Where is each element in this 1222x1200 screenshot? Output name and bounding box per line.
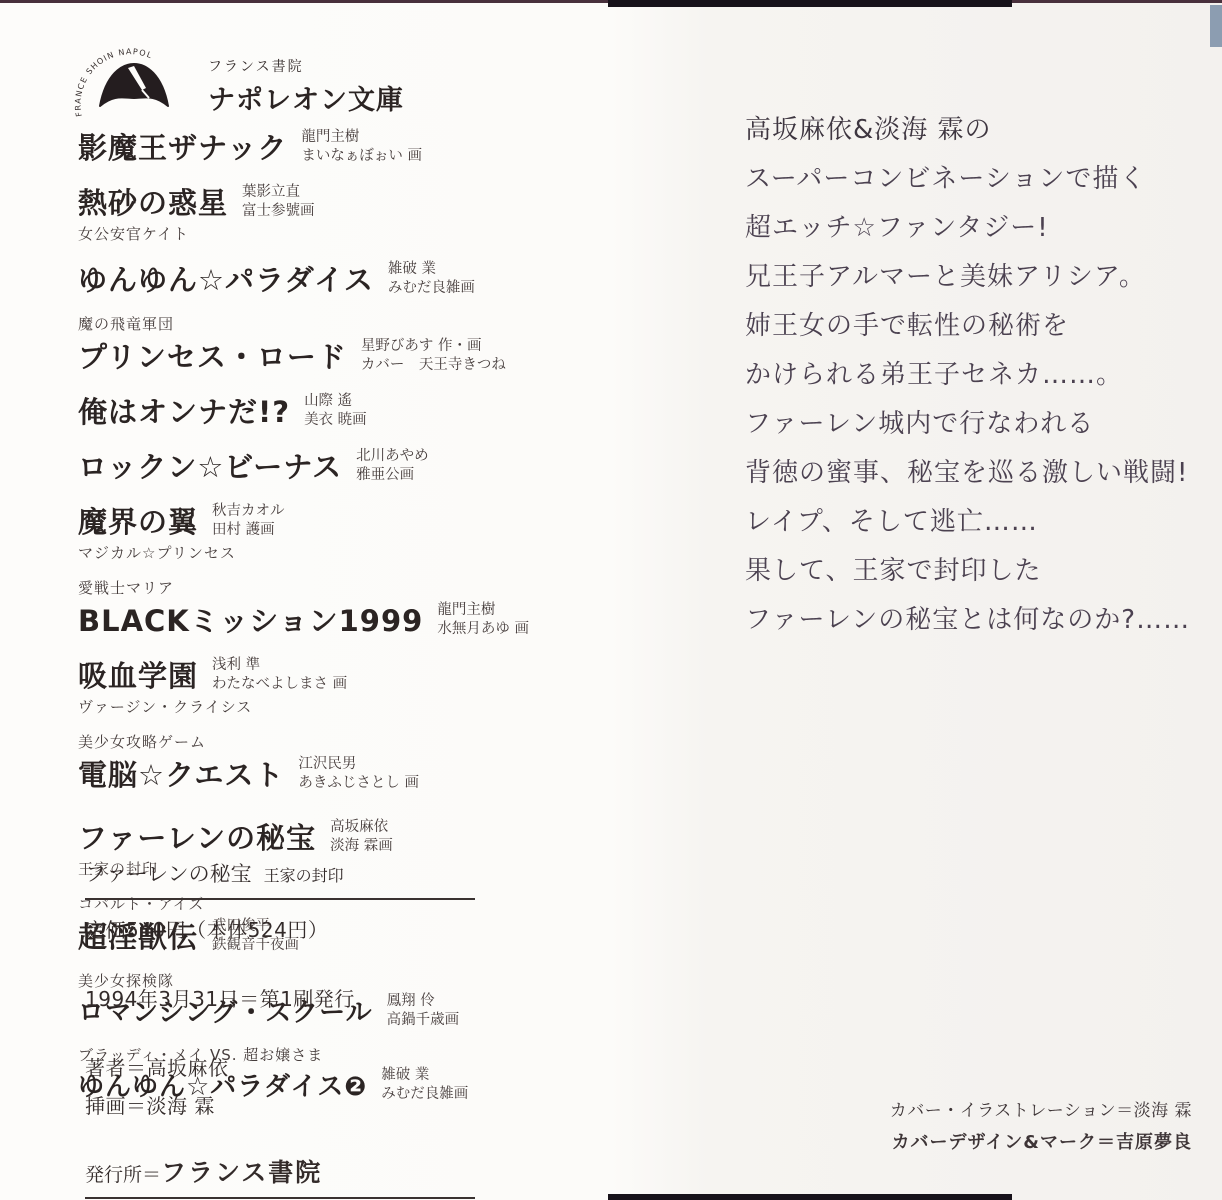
blurb-line: 兄王子アルマーと美妹アリシア。 [745, 253, 1205, 302]
book-illustrator: 田村 護画 [212, 521, 285, 540]
book-illustrator: わたなべよしまさ 画 [212, 675, 347, 694]
publisher-name: フランス書院 [208, 56, 404, 76]
book-entry: 影魔王ザナック 龍門主樹まいなぁぼぉい 画 [78, 126, 528, 167]
book-entry: 美少女攻略ゲーム 電脳☆クエスト 江沢民男あきふじさとし 画 [78, 731, 528, 794]
book-illustrator: カバー 天王寺きつね [361, 356, 506, 375]
book-entry: 魔の飛竜軍団 プリンセス・ロード 星野びあす 作・画カバー 天王寺きつね [78, 313, 528, 376]
blurb-line: レイプ、そして逃亡…… [745, 498, 1205, 547]
book-title: 電脳☆クエスト [78, 753, 284, 794]
book-illustrator: 美衣 暁画 [304, 411, 367, 430]
book-entry: 愛戦士マリア BLACKミッション1999 龍門主樹水無月あゆ 画 [78, 577, 528, 640]
colophon-divider [85, 898, 475, 900]
imprint-name: ナポレオン文庫 [208, 78, 404, 117]
publisher-value: フランス書院 [161, 1153, 322, 1189]
book-title: ロックン☆ビーナス [78, 445, 342, 486]
book-illustrator: まいなぁぼぉい 画 [301, 147, 422, 166]
book-subtitle: マジカル☆プリンセス [78, 542, 528, 563]
book-title: ゆんゆん☆パラダイス [78, 258, 374, 299]
blurb-line: 超エッチ☆ファンタジー! [745, 204, 1205, 253]
blurb-line: ファーレン城内で行なわれる [745, 400, 1205, 449]
scan-top-black-bar [608, 0, 1012, 7]
book-subtitle: 女公安官ケイト [78, 223, 528, 244]
book-entry: 吸血学園 浅利 準わたなべよしまさ 画 ヴァージン・クライシス [78, 654, 528, 717]
book-author: 浅利 準 [212, 656, 347, 675]
blurb-line: 果して、王家で封印した [745, 547, 1205, 596]
book-author: 雑破 業 [388, 260, 475, 279]
book-author: 山際 遙 [304, 392, 367, 411]
book-author: 葉影立直 [242, 183, 315, 202]
cover-design-credit: カバーデザイン&マーク＝吉原夢良 [890, 1128, 1192, 1154]
book-illustrator: 淡海 霖画 [330, 837, 393, 856]
book-illustrator: みむだ良雑画 [388, 279, 475, 298]
colophon-book-subtitle: 王家の封印 [264, 863, 344, 886]
book-author: 江沢民男 [298, 755, 419, 774]
book-series-label: 愛戦士マリア [78, 577, 528, 598]
colophon-bottom-divider [85, 1197, 475, 1199]
book-entry: ロックン☆ビーナス 北川あやめ雅亜公画 [78, 445, 528, 486]
book-illustrator: あきふじさとし 画 [298, 774, 419, 793]
book-title: 俺はオンナだ!? [78, 390, 290, 431]
scanned-book-page: FRANCE SHOIN NAPOLEON BUNKO フランス書院 ナポレオン… [0, 0, 1222, 1200]
cover-illustration-credit: カバー・イラストレーション＝淡海 霖 [890, 1096, 1192, 1121]
book-series-label: 美少女攻略ゲーム [78, 731, 528, 752]
book-title: 魔界の翼 [78, 500, 198, 541]
story-blurb: 高坂麻依&淡海 霖の スーパーコンビネーションで描く 超エッチ☆ファンタジー! … [745, 106, 1205, 645]
blurb-line: 姉王女の手で転性の秘術を [745, 302, 1205, 351]
book-entry: 魔界の翼 秋吉カオル田村 護画 マジカル☆プリンセス [78, 500, 528, 563]
book-author: 高坂麻依 [330, 818, 393, 837]
book-illustrator: 富士参號画 [242, 202, 315, 221]
book-title: プリンセス・ロード [78, 335, 347, 376]
colophon-book-title: ファーレンの秘宝 [85, 858, 252, 888]
book-illustrator: 雅亜公画 [356, 466, 429, 485]
book-entry: 俺はオンナだ!? 山際 遙美衣 暁画 [78, 390, 528, 431]
publisher-logo: FRANCE SHOIN NAPOLEON BUNKO フランス書院 ナポレオン… [70, 48, 404, 124]
publisher-logo-text: フランス書院 ナポレオン文庫 [208, 56, 404, 117]
blurb-line: 背徳の蜜事、秘宝を巡る激しい戦闘! [745, 449, 1205, 498]
book-author: 星野びあす 作・画 [361, 337, 506, 356]
book-author: 秋吉カオル [212, 502, 285, 521]
scan-bottom-black-bar [608, 1194, 1012, 1200]
blurb-line: スーパーコンビネーションで描く [745, 155, 1205, 204]
napoleon-hat-icon: FRANCE SHOIN NAPOLEON BUNKO [70, 48, 198, 124]
book-title: ファーレンの秘宝 [78, 816, 316, 857]
book-series-label: 魔の飛竜軍団 [78, 313, 528, 334]
book-author: 龍門主樹 [437, 601, 529, 620]
colophon: ファーレンの秘宝 王家の封印 定価540円（本体524円） 1994年3月31日… [85, 858, 477, 1199]
book-illustrator: 水無月あゆ 画 [437, 620, 529, 639]
book-entry: 熱砂の惑星 葉影立直富士参號画 女公安官ケイト [78, 181, 528, 244]
author-line: 著者＝高坂麻依 [85, 1052, 477, 1081]
book-title: 熱砂の惑星 [78, 181, 228, 222]
book-author: 龍門主樹 [301, 128, 422, 147]
publisher-label: 発行所＝ [85, 1160, 161, 1187]
blurb-line: ファーレンの秘宝とは何なのか?…… [745, 596, 1205, 645]
scan-edge-blue-strip [1210, 5, 1222, 47]
illustrator-line: 挿画＝淡海 霖 [85, 1090, 477, 1119]
blurb-line: かけられる弟王子セネカ……。 [745, 351, 1205, 400]
book-title: 影魔王ザナック [78, 126, 287, 167]
book-title: 吸血学園 [78, 654, 198, 695]
book-title: BLACKミッション1999 [78, 599, 423, 640]
book-entry: ゆんゆん☆パラダイス 雑破 業みむだ良雑画 [78, 258, 528, 299]
book-author: 北川あやめ [356, 447, 429, 466]
book-subtitle: ヴァージン・クライシス [78, 696, 528, 717]
cover-credits: カバー・イラストレーション＝淡海 霖 カバーデザイン&マーク＝吉原夢良 [890, 1096, 1192, 1154]
print-date-line: 1994年3月31日＝第1刷発行 [85, 983, 477, 1012]
blurb-line: 高坂麻依&淡海 霖の [745, 106, 1205, 155]
price-line: 定価540円（本体524円） [85, 914, 477, 943]
